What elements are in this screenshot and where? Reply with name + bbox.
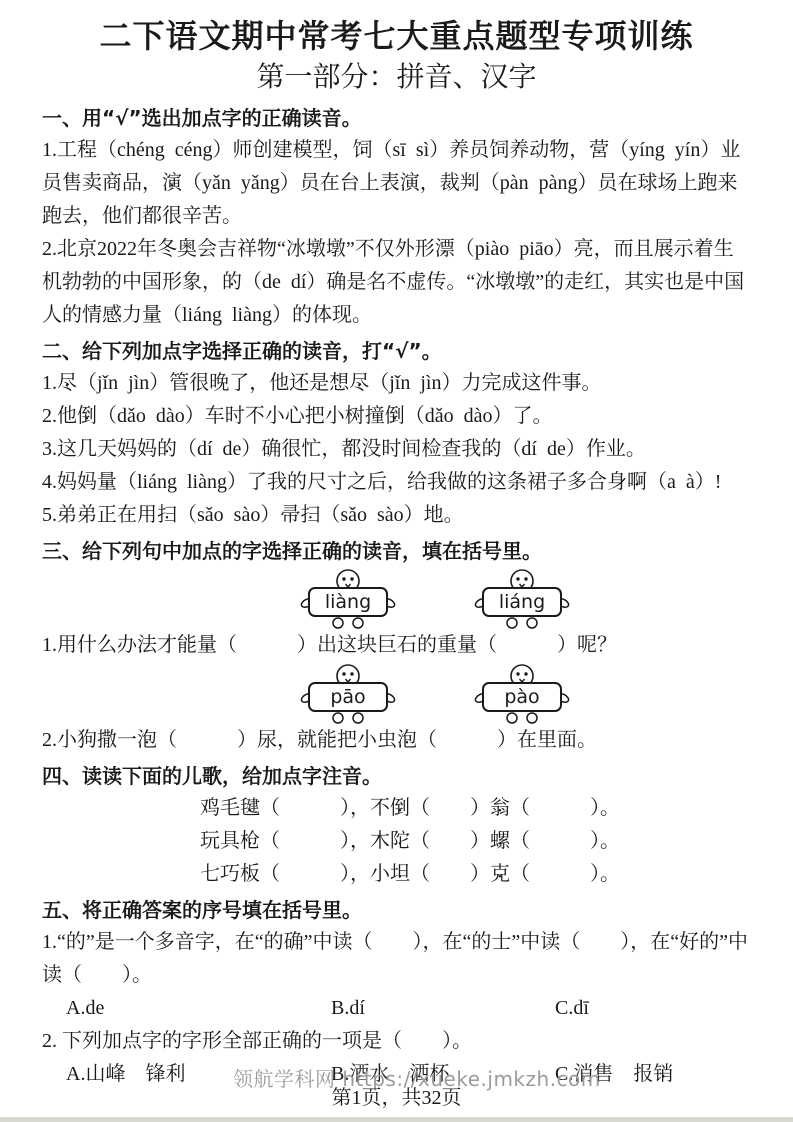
page-title: 二下语文期中常考七大重点题型专项训练: [42, 14, 751, 58]
q1-options: A.de B.dí C.dī: [42, 992, 751, 1025]
section-2-heading: 二、给下列加点字选择正确的读音，打“√”。: [42, 335, 751, 367]
pinyin-sign: pāo: [308, 682, 388, 712]
section-5-heading: 五、将正确答案的序号填在括号里。: [42, 894, 751, 926]
section-4-heading: 四、读读下面的儿歌，给加点字注音。: [42, 760, 751, 792]
section-1-heading: 一、用“√”选出加点字的正确读音。: [42, 102, 751, 134]
chick-mascot: pāo: [300, 664, 396, 726]
pinyin-sign: liàng: [308, 587, 388, 617]
option-c: C.dī: [555, 992, 589, 1025]
section-2-item-4: 4.妈妈量（liáng liàng）了我的尺寸之后，给我做的这条裙子多合身啊（a…: [42, 466, 751, 499]
chick-mascot: pào: [474, 664, 570, 726]
section-5-item-1: 1.“的”是一个多音字，在“的确”中读（ ），在“的士”中读（ ），在“好的”中…: [42, 926, 751, 992]
pinyin-sign: liáng: [482, 587, 562, 617]
worksheet-page: 二下语文期中常考七大重点题型专项训练 第一部分：拼音、汉字 一、用“√”选出加点…: [0, 0, 793, 1122]
mascot-row-liang: liàng liáng: [300, 569, 751, 631]
chick-mascot: liàng: [300, 569, 396, 631]
section-2-item-2: 2.他倒（dǎo dào）车时不小心把小树撞倒（dǎo dào）了。: [42, 400, 751, 433]
section-4-line-1: 鸡毛毽（ ），不倒（ ）翁（ ）。: [200, 792, 751, 825]
section-4-line-2: 玩具枪（ ），木陀（ ）螺（ ）。: [200, 825, 751, 858]
page-number: 第1页，共32页: [0, 1082, 793, 1115]
page-subtitle: 第一部分：拼音、汉字: [42, 58, 751, 98]
section-3-item-2: 2.小狗撒一泡（ ）尿，就能把小虫泡（ ）在里面。: [42, 724, 751, 757]
section-1-item-2: 2.北京2022年冬奥会吉祥物“冰墩墩”不仅外形漂（piào piāo）亮，而且…: [42, 233, 751, 332]
mascot-row-pao: pāo pào: [300, 664, 751, 726]
section-2-item-5: 5.弟弟正在用扫（sǎo sào）帚扫（sǎo sào）地。: [42, 499, 751, 532]
pinyin-sign: pào: [482, 682, 562, 712]
option-b: B.dí: [331, 992, 555, 1025]
option-a: A.de: [66, 992, 331, 1025]
bottom-strip: [0, 1117, 793, 1122]
section-1-item-1: 1.工程（chéng céng）师创建模型，饲（sī sì）养员饲养动物，营（y…: [42, 134, 751, 233]
section-4-line-3: 七巧板（ ），小坦（ ）克（ ）。: [200, 858, 751, 891]
section-2-item-1: 1.尽（jǐn jìn）管很晚了，他还是想尽（jǐn jìn）力完成这件事。: [42, 367, 751, 400]
section-3-heading: 三、给下列句中加点的字选择正确的读音，填在括号里。: [42, 535, 751, 567]
section-2-item-3: 3.这几天妈妈的（dí de）确很忙，都没时间检查我的（dí de）作业。: [42, 433, 751, 466]
chick-mascot: liáng: [474, 569, 570, 631]
section-3-item-1: 1.用什么办法才能量（ ）出这块巨石的重量（ ）呢？: [42, 629, 751, 662]
section-5-item-2: 2. 下列加点字的字形全部正确的一项是（ ）。: [42, 1025, 751, 1058]
